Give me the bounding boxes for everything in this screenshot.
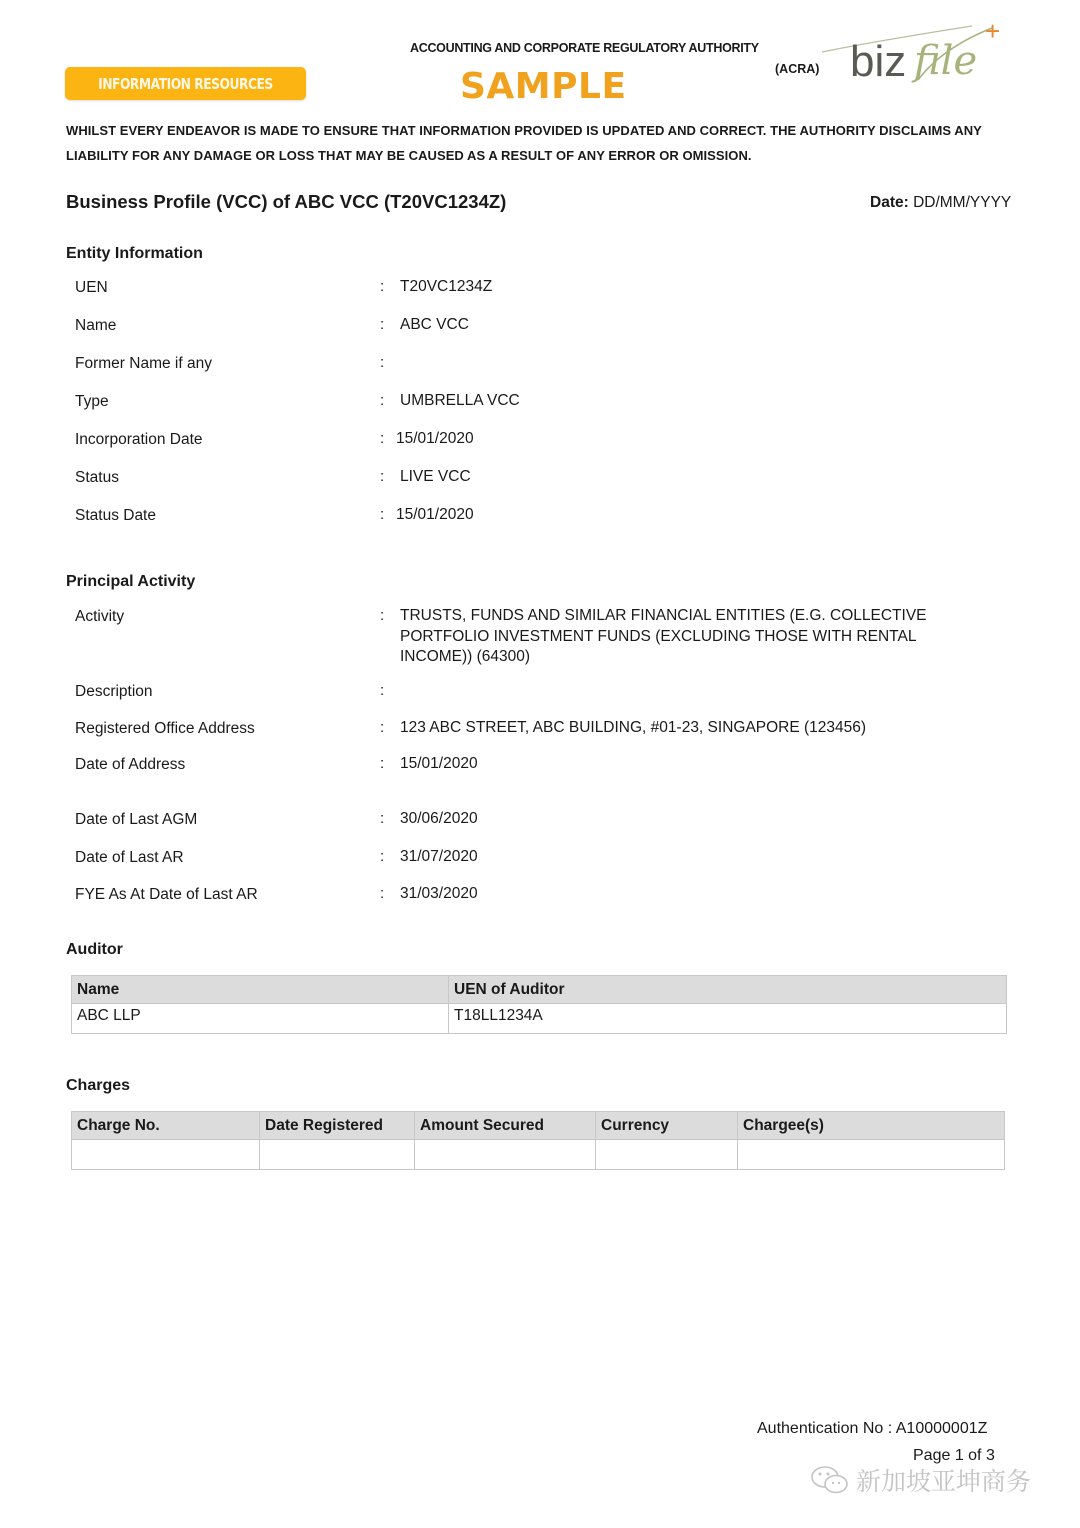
field-value: 31/03/2020	[400, 884, 980, 905]
field-separator: :	[380, 316, 384, 333]
disclaimer-text: WHILST EVERY ENDEAVOR IS MADE TO ENSURE …	[66, 118, 1026, 168]
field-label: FYE As At Date of Last AR	[75, 886, 258, 904]
watermark-text: 新加坡亚坤商务	[856, 1462, 1031, 1498]
field-separator: :	[380, 607, 384, 624]
field-label: Incorporation Date	[75, 431, 203, 449]
field-separator: :	[380, 430, 384, 447]
field-separator: :	[380, 278, 384, 295]
charges-table: Charge No. Date Registered Amount Secure…	[71, 1111, 1005, 1170]
field-label: UEN	[75, 279, 108, 297]
section-title-entity-information: Entity Information	[66, 245, 203, 263]
field-value: 15/01/2020	[396, 429, 976, 450]
field-label: Description	[75, 683, 153, 701]
field-label: Name	[75, 317, 116, 335]
field-label: Former Name if any	[75, 355, 212, 373]
field-separator: :	[380, 885, 384, 902]
field-value: TRUSTS, FUNDS AND SIMILAR FINANCIAL ENTI…	[400, 606, 980, 668]
column-header-currency: Currency	[596, 1112, 738, 1140]
currency-cell	[596, 1140, 738, 1170]
column-header-amount-secured: Amount Secured	[415, 1112, 596, 1140]
field-separator: :	[380, 682, 384, 699]
column-header-name: Name	[72, 976, 449, 1004]
badge-label: INFORMATION RESOURCES	[98, 75, 273, 93]
information-resources-badge: INFORMATION RESOURCES	[65, 67, 306, 100]
svg-text:biz: biz	[850, 37, 906, 86]
field-separator: :	[380, 755, 384, 772]
page-title: Business Profile (VCC) of ABC VCC (T20VC…	[66, 191, 506, 213]
chargees-cell	[738, 1140, 1005, 1170]
field-separator: :	[380, 392, 384, 409]
field-label: Registered Office Address	[75, 720, 255, 738]
field-separator: :	[380, 848, 384, 865]
authentication-number: Authentication No : A10000001Z	[757, 1420, 987, 1438]
field-separator: :	[380, 719, 384, 736]
date-value: DD/MM/YYYY	[913, 194, 1011, 211]
field-separator: :	[380, 810, 384, 827]
field-separator: :	[380, 506, 384, 523]
table-row: ABC LLP T18LL1234A	[72, 1004, 1007, 1034]
date-label: Date:	[870, 194, 909, 211]
column-header-uen-of-auditor: UEN of Auditor	[449, 976, 1007, 1004]
field-label: Status	[75, 469, 119, 487]
field-value: 15/01/2020	[396, 505, 976, 526]
document-date: Date: DD/MM/YYYY	[870, 194, 1011, 212]
field-label: Status Date	[75, 507, 156, 525]
svg-text:+: +	[985, 18, 1000, 46]
sample-watermark: SAMPLE	[460, 66, 627, 107]
wechat-watermark: 新加坡亚坤商务	[810, 1462, 1031, 1498]
section-title-principal-activity: Principal Activity	[66, 573, 195, 591]
authority-name: ACCOUNTING AND CORPORATE REGULATORY AUTH…	[410, 41, 759, 55]
column-header-date-registered: Date Registered	[260, 1112, 415, 1140]
field-value: 30/06/2020	[400, 809, 980, 830]
field-label: Activity	[75, 608, 124, 626]
column-header-charge-no: Charge No.	[72, 1112, 260, 1140]
field-value: 31/07/2020	[400, 847, 980, 868]
amount-secured-cell	[415, 1140, 596, 1170]
charge-no-cell	[72, 1140, 260, 1170]
field-label: Date of Address	[75, 756, 185, 774]
auditor-table-header: Name UEN of Auditor	[72, 976, 1007, 1004]
field-value: T20VC1234Z	[400, 277, 980, 298]
auditor-name-cell: ABC LLP	[72, 1004, 449, 1034]
field-label: Date of Last AR	[75, 849, 184, 867]
field-value: 15/01/2020	[400, 754, 980, 775]
field-separator: :	[380, 354, 384, 371]
wechat-icon	[810, 1465, 850, 1495]
field-separator: :	[380, 468, 384, 485]
date-registered-cell	[260, 1140, 415, 1170]
field-label: Type	[75, 393, 109, 411]
field-value: ABC VCC	[400, 315, 980, 336]
authority-abbreviation: (ACRA)	[775, 62, 819, 76]
field-label: Date of Last AGM	[75, 811, 197, 829]
auditor-table: Name UEN of Auditor ABC LLP T18LL1234A	[71, 975, 1007, 1034]
charges-table-header: Charge No. Date Registered Amount Secure…	[72, 1112, 1005, 1140]
field-value: UMBRELLA VCC	[400, 391, 980, 412]
field-value: LIVE VCC	[400, 467, 980, 488]
table-row	[72, 1140, 1005, 1170]
section-title-charges: Charges	[66, 1077, 130, 1095]
bizfile-logo-icon: biz file +	[822, 18, 1012, 90]
auditor-uen-cell: T18LL1234A	[449, 1004, 1007, 1034]
section-title-auditor: Auditor	[66, 941, 123, 959]
column-header-chargees: Chargee(s)	[738, 1112, 1005, 1140]
field-value: 123 ABC STREET, ABC BUILDING, #01-23, SI…	[400, 718, 980, 739]
